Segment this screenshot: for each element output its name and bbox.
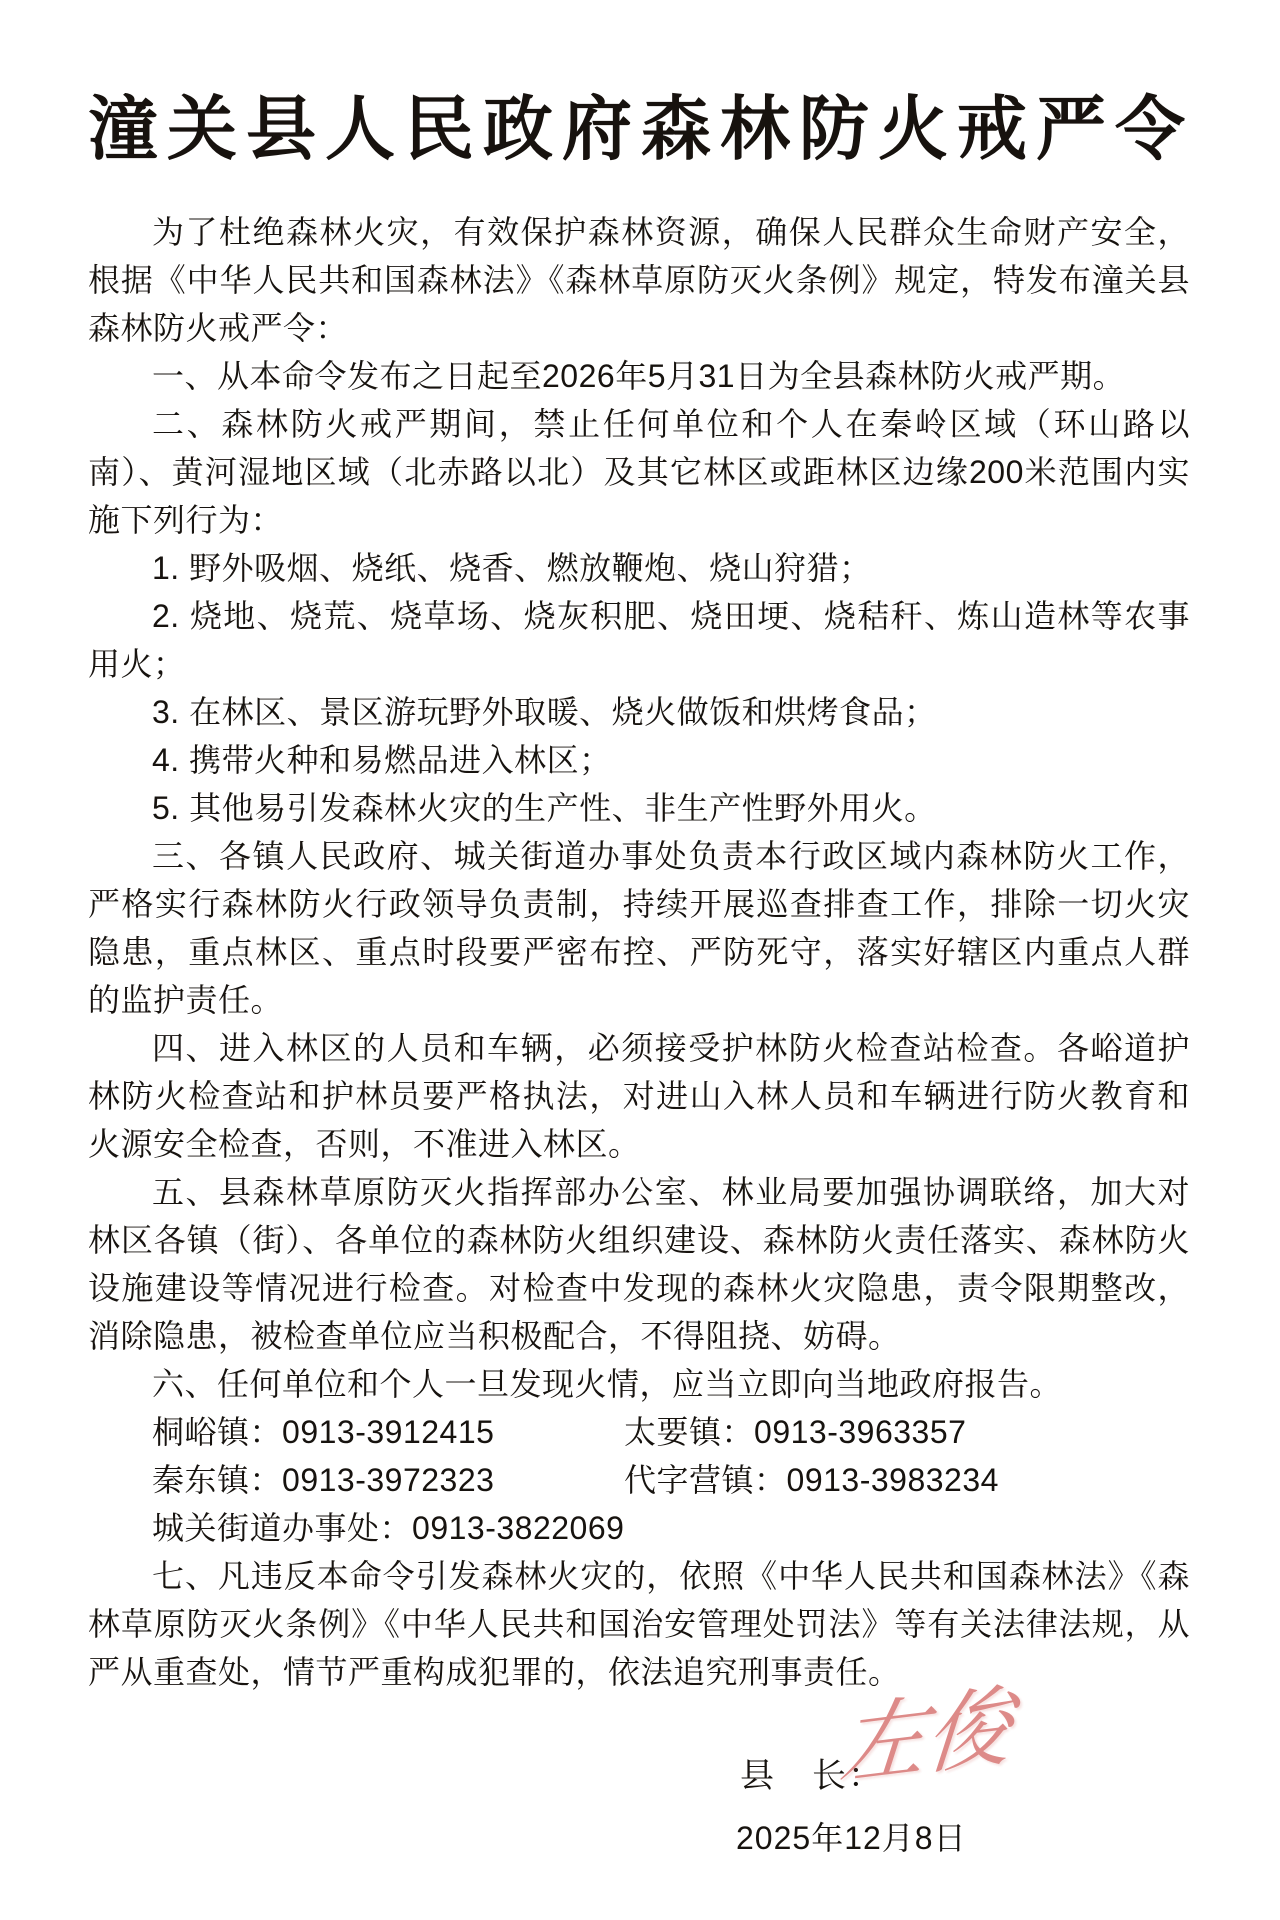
contact-entry: 城关街道办事处：0913-3822069 xyxy=(152,1504,624,1552)
paragraph-article-1: 一、从本命令发布之日起至2026年5月31日为全县森林防火戒严期。 xyxy=(88,352,1190,400)
contact-name: 桐峪镇： xyxy=(152,1414,282,1450)
contact-row: 秦东镇：0913-3972323 代字营镇：0913-3983234 xyxy=(152,1456,1190,1504)
paragraph-article-3: 三、各镇人民政府、城关街道办事处负责本行政区域内森林防火工作，严格实行森林防火行… xyxy=(88,832,1190,1024)
contact-entry: 太要镇：0913-3963357 xyxy=(624,1408,966,1456)
document-title: 潼关县人民政府森林防火戒严令 xyxy=(88,88,1190,174)
contact-name: 太要镇： xyxy=(624,1414,754,1450)
paragraph-article-7: 七、凡违反本命令引发森林火灾的，依照《中华人民共和国森林法》《森林草原防灭火条例… xyxy=(88,1552,1190,1696)
contact-name: 秦东镇： xyxy=(152,1462,282,1498)
issue-date: 2025年12月8日 xyxy=(736,1814,967,1862)
contact-row: 桐峪镇：0913-3912415 太要镇：0913-3963357 xyxy=(152,1408,1190,1456)
list-item-5: 5. 其他易引发森林火灾的生产性、非生产性野外用火。 xyxy=(88,784,1190,832)
contact-entry: 秦东镇：0913-3972323 xyxy=(152,1456,624,1504)
paragraph-preamble: 为了杜绝森林火灾，有效保护森林资源，确保人民群众生命财产安全，根据《中华人民共和… xyxy=(88,208,1190,352)
signature-block: 县 长： 左俊 2025年12月8日 xyxy=(88,1752,1190,1872)
contact-phone: 0913-3972323 xyxy=(282,1462,494,1498)
list-item-1: 1. 野外吸烟、烧纸、烧香、燃放鞭炮、烧山狩猎； xyxy=(88,544,1190,592)
paragraph-article-5: 五、县森林草原防灭火指挥部办公室、林业局要加强协调联络，加大对林区各镇（街）、各… xyxy=(88,1168,1190,1360)
paragraph-article-2: 二、森林防火戒严期间，禁止任何单位和个人在秦岭区域（环山路以南）、黄河湿地区域（… xyxy=(88,400,1190,544)
contact-phone: 0913-3822069 xyxy=(412,1510,624,1546)
paragraph-article-6: 六、任何单位和个人一旦发现火情，应当立即向当地政府报告。 xyxy=(88,1360,1190,1408)
contact-entry: 代字营镇：0913-3983234 xyxy=(624,1456,999,1504)
list-item-3: 3. 在林区、景区游玩野外取暖、烧火做饭和烘烤食品； xyxy=(88,688,1190,736)
contact-name: 代字营镇： xyxy=(624,1462,787,1498)
paragraph-article-4: 四、进入林区的人员和车辆，必须接受护林防火检查站检查。各峪道护林防火检查站和护林… xyxy=(88,1024,1190,1168)
notice-page: 潼关县人民政府森林防火戒严令 为了杜绝森林火灾，有效保护森林资源，确保人民群众生… xyxy=(0,0,1280,1920)
contact-phone: 0913-3963357 xyxy=(754,1414,966,1450)
list-item-2: 2. 烧地、烧荒、烧草场、烧灰积肥、烧田埂、烧秸秆、炼山造林等农事用火； xyxy=(88,592,1190,688)
contact-name: 城关街道办事处： xyxy=(152,1510,412,1546)
list-item-4: 4. 携带火种和易燃品进入林区； xyxy=(88,736,1190,784)
contact-phone: 0913-3983234 xyxy=(787,1462,999,1498)
document-body: 为了杜绝森林火灾，有效保护森林资源，确保人民群众生命财产安全，根据《中华人民共和… xyxy=(88,208,1190,1696)
contact-row: 城关街道办事处：0913-3822069 xyxy=(152,1504,1190,1552)
contact-entry: 桐峪镇：0913-3912415 xyxy=(152,1408,624,1456)
county-head-signature: 左俊 xyxy=(837,1683,1015,1792)
contact-phone: 0913-3912415 xyxy=(282,1414,494,1450)
